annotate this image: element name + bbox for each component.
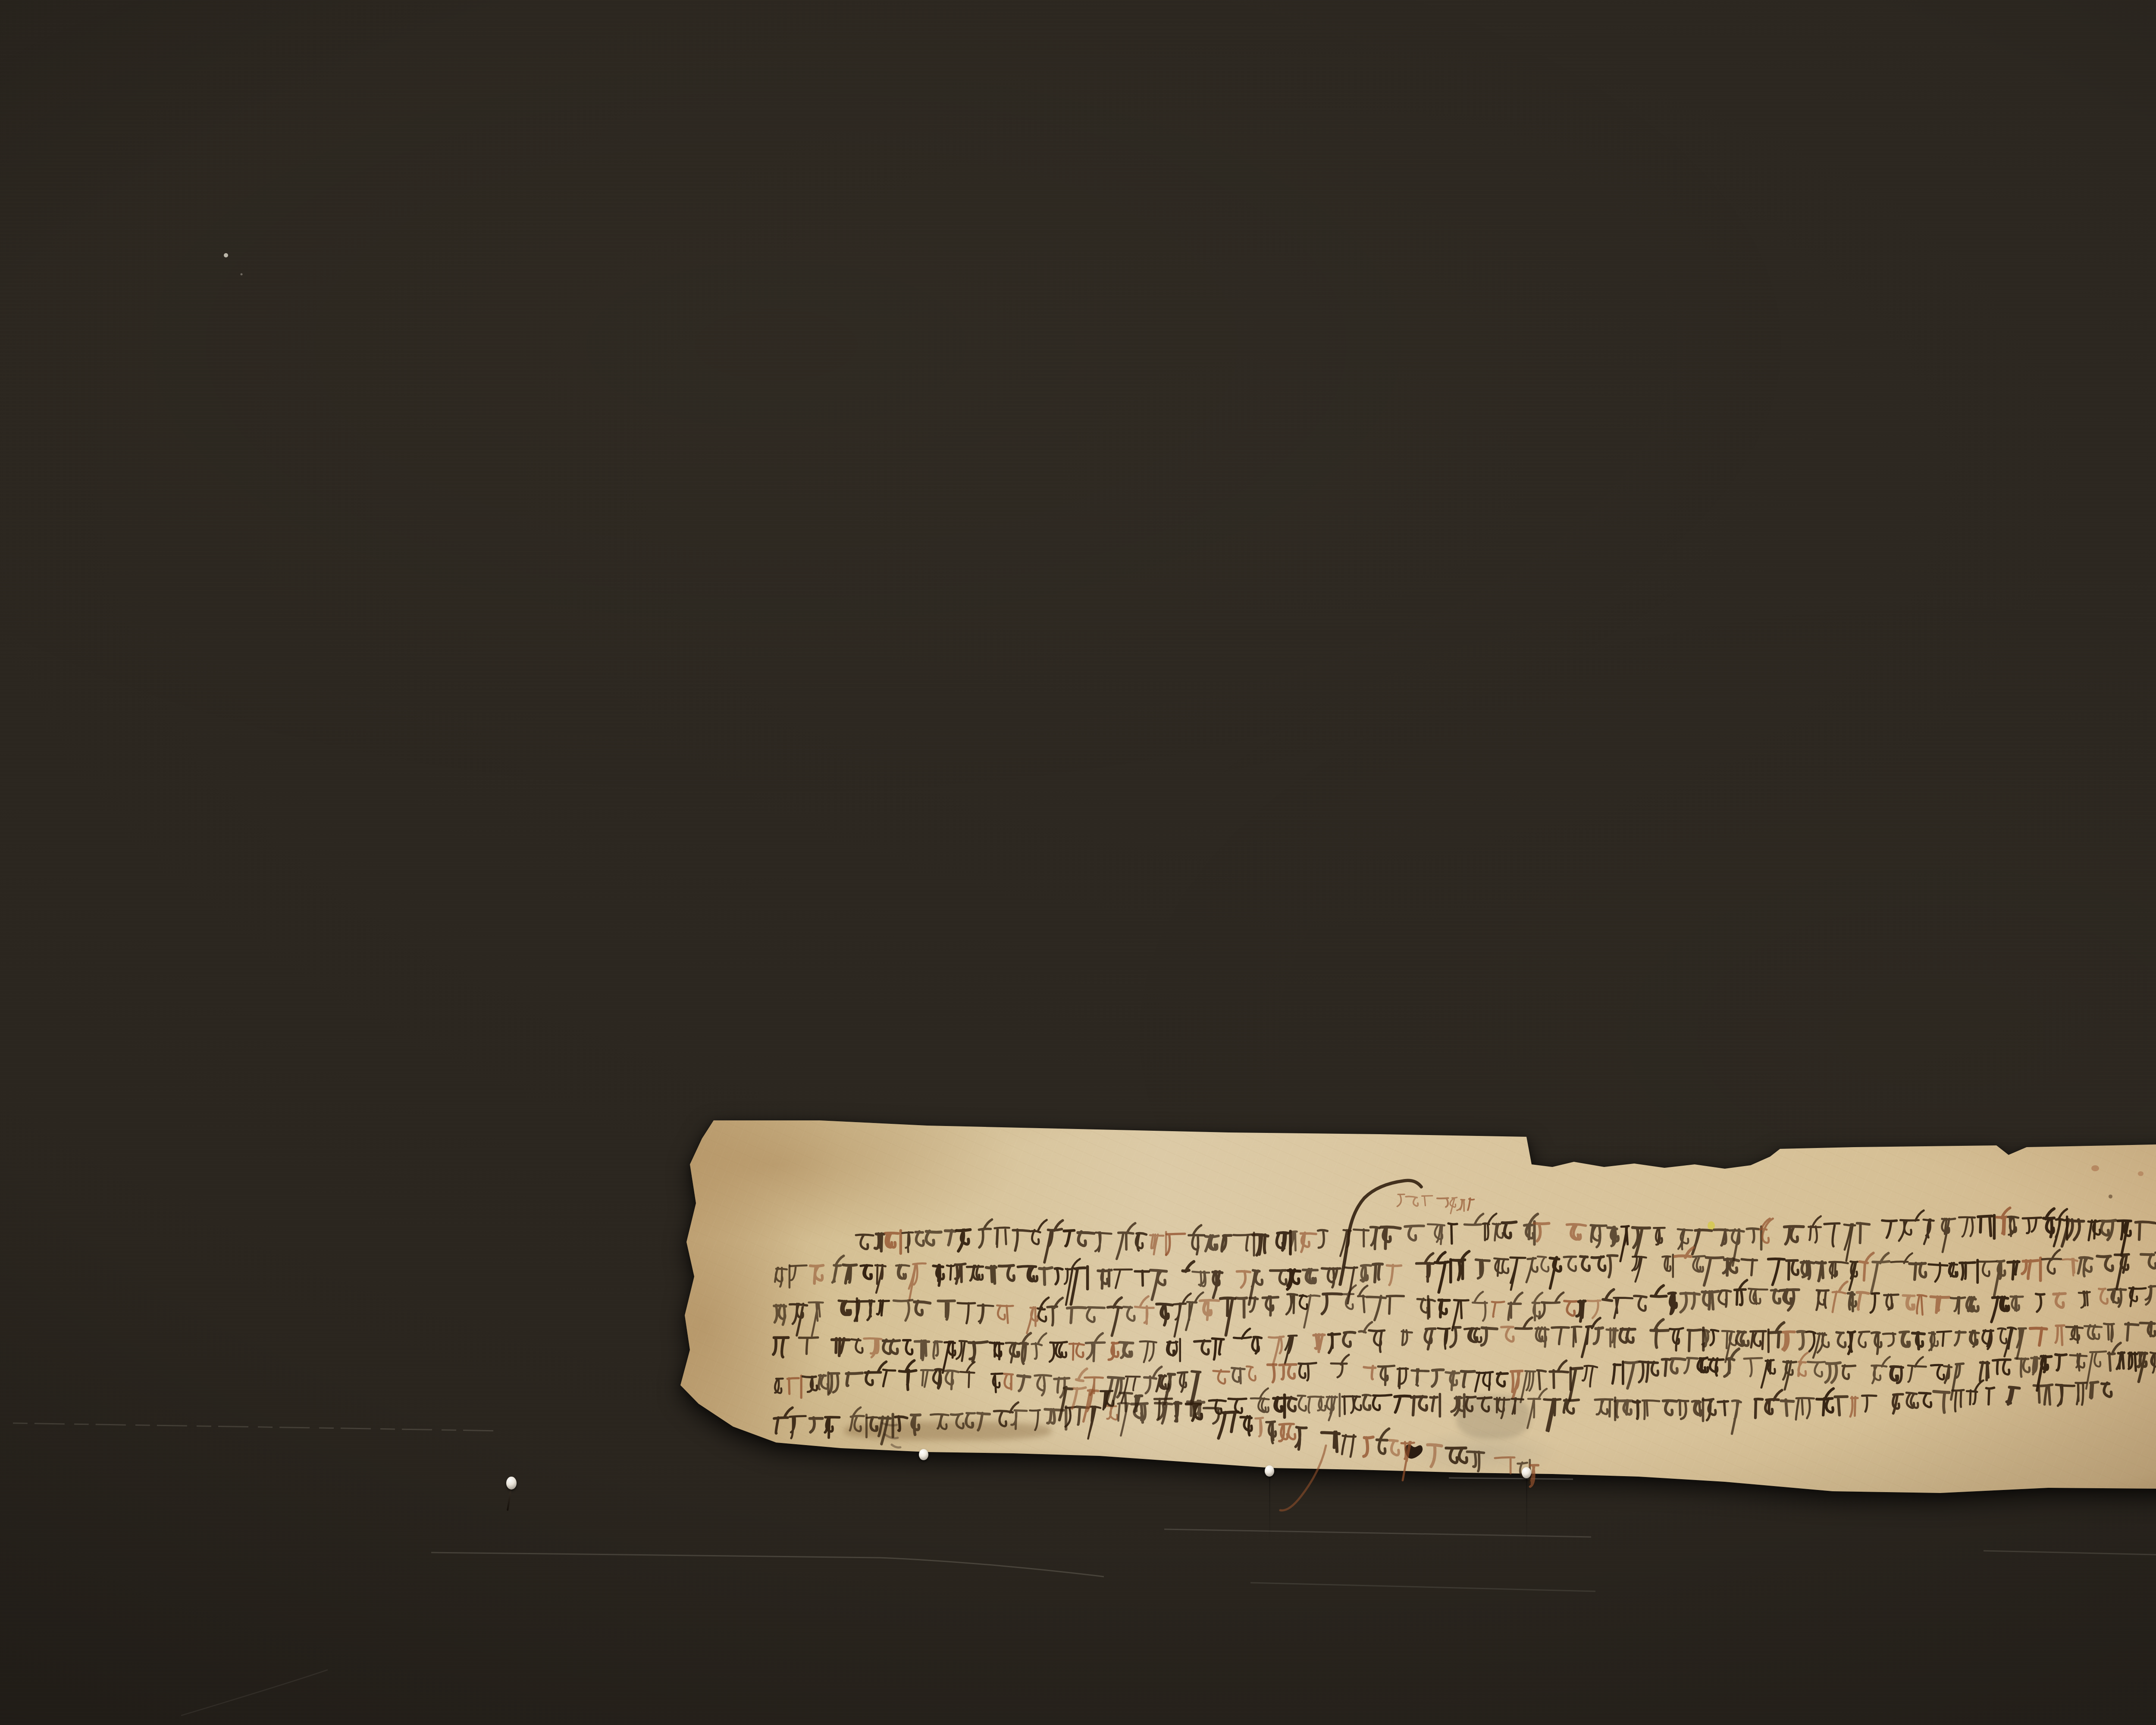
- pin-head: [919, 1449, 928, 1460]
- manuscript-page: [680, 1120, 2156, 1493]
- photo-of-manuscript: তৃপ্যন্তু ভূপাযান্তু পরাং গতিং। ওঁ যেষাং…: [0, 0, 2156, 1725]
- pin-shadow: [1526, 1475, 1527, 1548]
- pin-head: [506, 1477, 517, 1490]
- stain-dot: [2138, 1171, 2143, 1176]
- smudge: [844, 1421, 1051, 1440]
- wax-spot: [1708, 1221, 1715, 1230]
- pin-head: [1522, 1467, 1531, 1478]
- stain-dot: [2091, 1165, 2099, 1171]
- stain-dot: [2109, 1195, 2112, 1198]
- smudge: [1457, 1396, 1530, 1439]
- pin-shadow: [1269, 1473, 1270, 1546]
- pin-head: [1265, 1465, 1274, 1477]
